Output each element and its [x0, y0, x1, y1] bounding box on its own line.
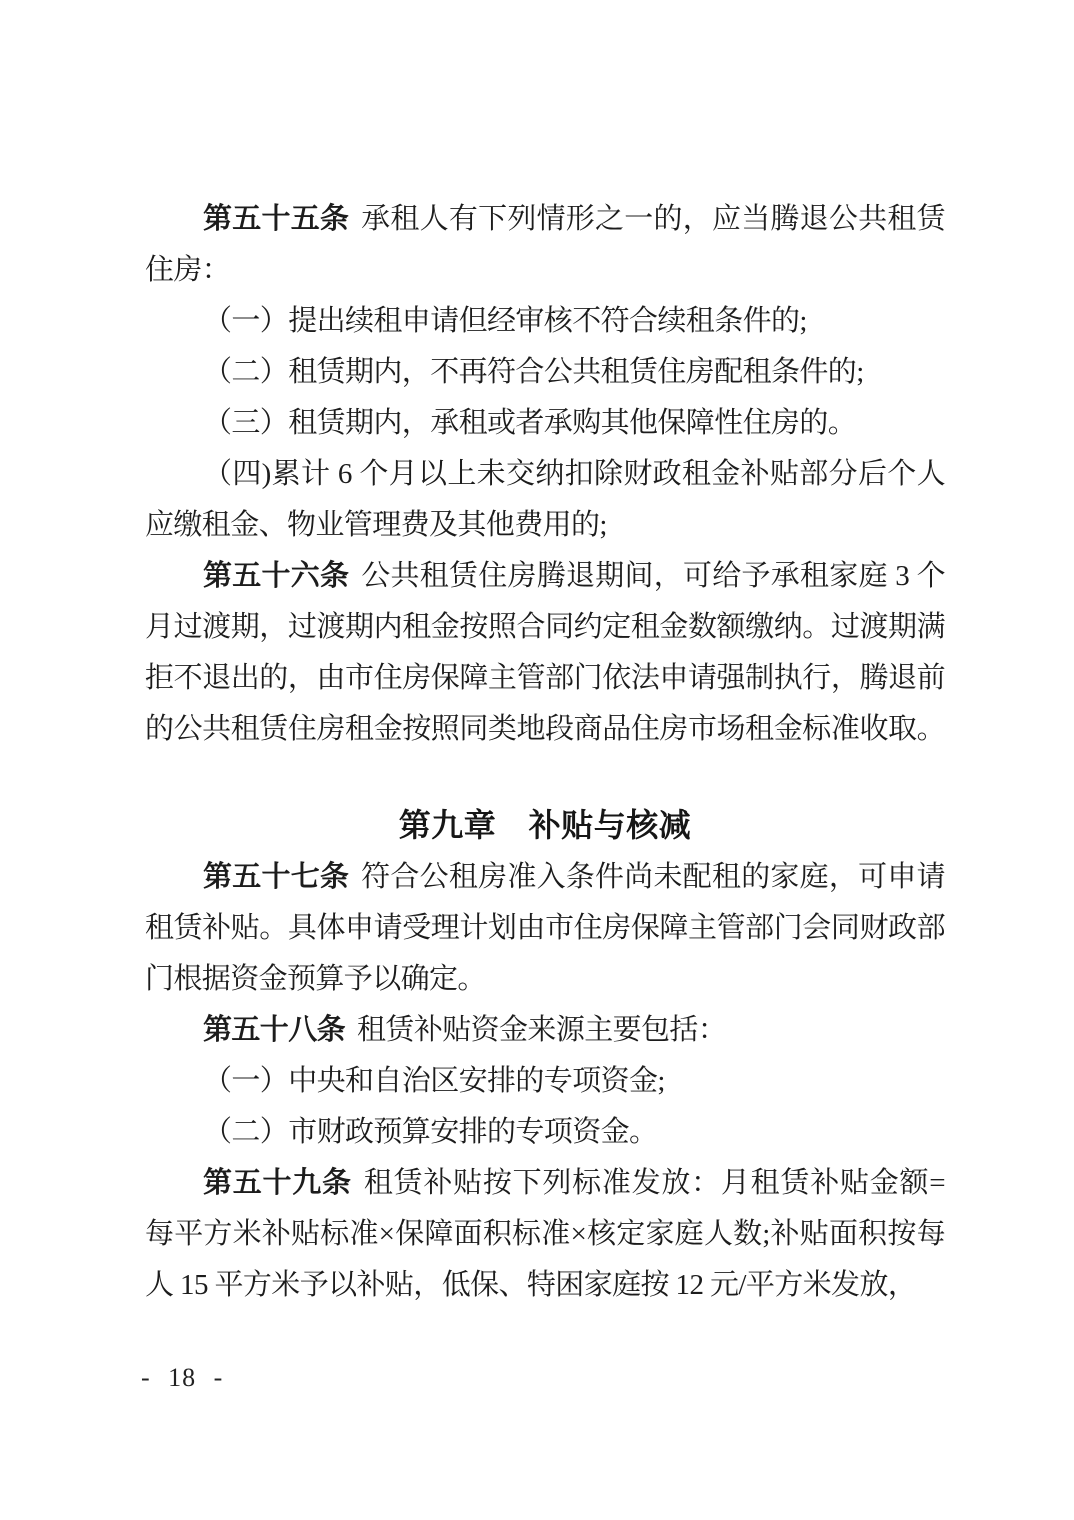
- article-58-item-1: （一）中央和自治区安排的专项资金;: [145, 1056, 945, 1107]
- article-56-text: 公共租赁住房腾退期间，可给予承租家庭 3 个: [361, 560, 945, 592]
- article-57-line-3: 门根据资金预算予以确定。: [145, 954, 945, 1005]
- article-55-line-1: 第五十五条承租人有下列情形之一的，应当腾退公共租赁: [145, 194, 945, 245]
- article-58-number: 第五十八条: [203, 1014, 345, 1046]
- article-56-number: 第五十六条: [203, 560, 349, 592]
- article-56-line-2: 月过渡期，过渡期内租金按照合同约定租金数额缴纳。过渡期满: [145, 602, 945, 653]
- article-59-text: 租赁补贴按下列标准发放：月租赁补贴金额=: [364, 1167, 945, 1199]
- article-56-line-1: 第五十六条公共租赁住房腾退期间，可给予承租家庭 3 个: [145, 551, 945, 602]
- article-57-number: 第五十七条: [203, 861, 349, 893]
- article-58-item-2: （二）市财政预算安排的专项资金。: [145, 1107, 945, 1158]
- article-55-item-4-line-2: 应缴租金、物业管理费及其他费用的;: [145, 500, 945, 551]
- article-55-text: 承租人有下列情形之一的，应当腾退公共租赁: [361, 203, 945, 235]
- document-body: 第五十五条承租人有下列情形之一的，应当腾退公共租赁 住房： （一）提出续租申请但…: [145, 194, 945, 1311]
- article-55-number: 第五十五条: [203, 203, 349, 235]
- article-59-line-1: 第五十九条租赁补贴按下列标准发放：月租赁补贴金额=: [145, 1158, 945, 1209]
- article-57-text: 符合公租房准入条件尚未配租的家庭，可申请: [361, 861, 945, 893]
- page-number: - 18 -: [141, 1362, 223, 1394]
- article-57-line-1: 第五十七条符合公租房准入条件尚未配租的家庭，可申请: [145, 852, 945, 903]
- article-56-line-3: 拒不退出的，由市住房保障主管部门依法申请强制执行，腾退前: [145, 653, 945, 704]
- article-55-item-3: （三）租赁期内，承租或者承购其他保障性住房的。: [145, 398, 945, 449]
- article-55-item-2: （二）租赁期内，不再符合公共租赁住房配租条件的;: [145, 347, 945, 398]
- article-57-line-2: 租赁补贴。具体申请受理计划由市住房保障主管部门会同财政部: [145, 903, 945, 954]
- article-55-item-4-line-1: （四)累计 6 个月以上未交纳扣除财政租金补贴部分后个人: [145, 449, 945, 500]
- article-55-item-1: （一）提出续租申请但经审核不符合续租条件的;: [145, 296, 945, 347]
- chapter-heading: 第九章 补贴与核减: [145, 799, 945, 852]
- article-55-line-2: 住房：: [145, 245, 945, 296]
- article-58-text: 租赁补贴资金来源主要包括：: [357, 1014, 726, 1046]
- article-56-line-4: 的公共租赁住房租金按照同类地段商品住房市场租金标准收取。: [145, 704, 945, 755]
- article-59-line-2: 每平方米补贴标准×保障面积标准×核定家庭人数;补贴面积按每: [145, 1209, 945, 1260]
- document-page: 第五十五条承租人有下列情形之一的，应当腾退公共租赁 住房： （一）提出续租申请但…: [0, 0, 1074, 1520]
- article-58-line-1: 第五十八条租赁补贴资金来源主要包括：: [145, 1005, 945, 1056]
- article-59-line-3: 人 15 平方米予以补贴，低保、特困家庭按 12 元/平方米发放，: [145, 1260, 945, 1311]
- article-59-number: 第五十九条: [203, 1167, 352, 1199]
